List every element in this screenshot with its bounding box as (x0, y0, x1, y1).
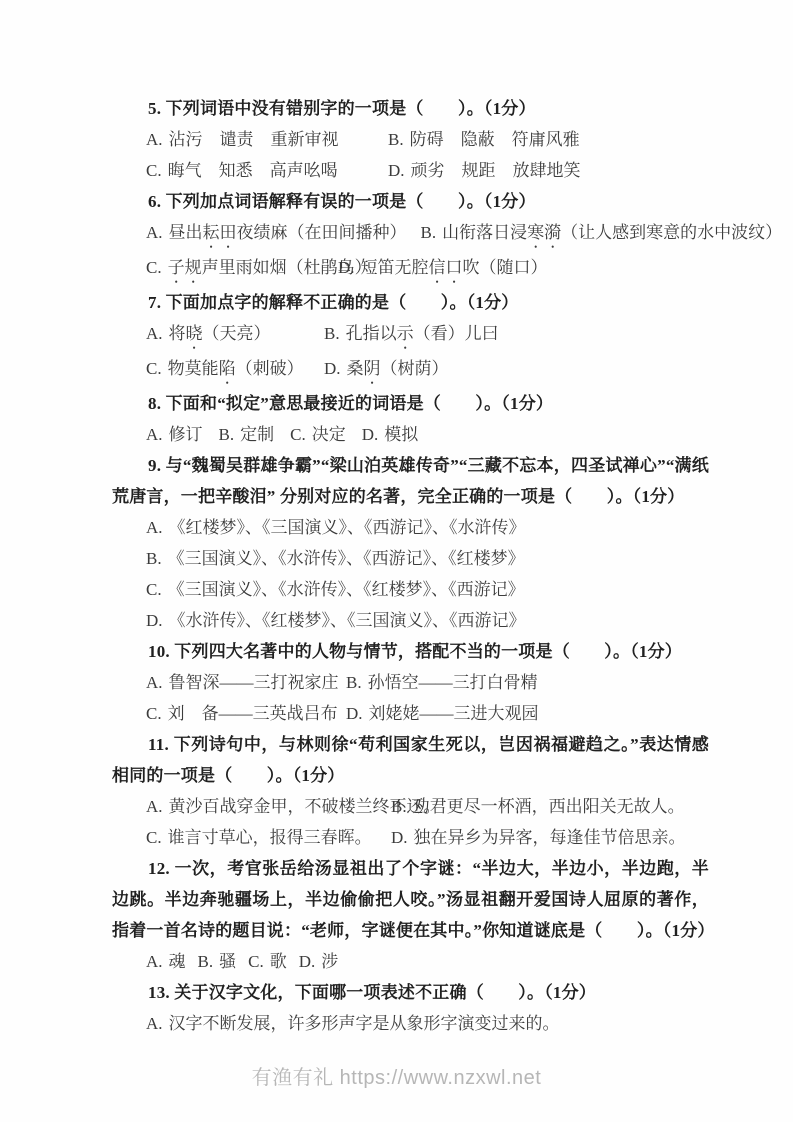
option-6-d: D.短笛无腔信口吹（随口） (338, 252, 548, 287)
option-text: 独在异乡为异客，每逢佳节倍思亲。 (414, 828, 686, 847)
option-text: 模拟 (384, 425, 418, 444)
option-label: C. (146, 580, 162, 599)
option-text: 孙悟空——三打白骨精 (368, 673, 538, 692)
question-5-row-ab: A.沾污 谴责 重新审视 B.防碍 隐蔽 符庸风雅 (146, 124, 709, 155)
option-8-a: A.修订 (146, 419, 203, 450)
option-9-c: C.《三国演义》、《水浒传》、《红楼梦》、《西游记》 (146, 574, 709, 605)
option-label: D. (388, 161, 405, 180)
option-7-d: D.桑阴（树荫） (324, 353, 449, 388)
question-12-stem: 12. 一次，考官张岳给汤显祖出了个字谜：“半边大，半边小，半边跑，半边跳。半边… (112, 853, 709, 946)
option-5-a: A.沾污 谴责 重新审视 (146, 124, 388, 155)
option-label: B. (391, 797, 407, 816)
option-text: 涉 (321, 952, 338, 971)
option-label: B. (198, 952, 214, 971)
option-10-c: C.刘 备——三英战吕布 (146, 698, 346, 729)
option-11-c: C.谁言寸草心，报得三春晖。 (146, 822, 391, 853)
question-8-stem: 8. 下面和“拟定”意思最接近的词语是（ ）。（1分） (112, 388, 709, 419)
option-11-b: B.劝君更尽一杯酒，西出阳关无故人。 (391, 791, 685, 822)
option-6-c: C.子规声里雨如烟（杜鹃鸟） (146, 252, 338, 287)
option-9-d: D.《水浒传》、《红楼梦》、《三国演义》、《西游记》 (146, 605, 709, 636)
option-label: C. (146, 828, 162, 847)
option-label: B. (346, 673, 362, 692)
option-text: 汉字不断发展，许多形声字是从象形字演变过来的。 (169, 1014, 560, 1033)
option-11-d: D.独在异乡为异客，每逢佳节倍思亲。 (391, 822, 686, 853)
question-12: 12. 一次，考官张岳给汤显祖出了个字谜：“半边大，半边小，半边跑，半边跳。半边… (112, 853, 709, 977)
option-text: 歌 (270, 952, 287, 971)
option-7-b: B.孔指以示（看）儿曰 (324, 318, 499, 353)
option-5-c: C.晦气 知悉 高声吆喝 (146, 155, 388, 186)
question-12-row: A.魂 B.骚 C.歌 D.涉 (146, 946, 709, 977)
option-text: 鲁智深——三打祝家庄 (169, 673, 339, 692)
option-text: 刘姥姥——三进大观园 (369, 704, 539, 723)
question-6-row-ab: A.昼出耘田夜绩麻（在田间播种） B.山衔落日浸寒漪（让人感到寒意的水中波纹） (146, 217, 709, 252)
question-7: 7. 下面加点字的解释不正确的是（ ）。（1分） A.将晓（天亮） B.孔指以示… (112, 287, 709, 388)
option-13-a: A.汉字不断发展，许多形声字是从象形字演变过来的。 (146, 1008, 709, 1039)
option-label: A. (146, 673, 163, 692)
option-text: 骚 (219, 952, 236, 971)
question-13-stem: 13. 关于汉字文化，下面哪一项表述不正确（ ）。（1分） (112, 977, 709, 1008)
option-text: 修订 (169, 425, 203, 444)
question-10-row-ab: A.鲁智深——三打祝家庄 B.孙悟空——三打白骨精 (146, 667, 709, 698)
question-5-stem: 5. 下列词语中没有错别字的一项是（ ）。（1分） (112, 93, 709, 124)
option-label: A. (146, 425, 163, 444)
option-label: D. (391, 828, 408, 847)
option-text: 魂 (169, 952, 186, 971)
option-label: A. (146, 952, 163, 971)
option-label: C. (146, 258, 162, 277)
option-label: D. (338, 258, 355, 277)
option-8-c: C.决定 (290, 419, 346, 450)
option-text: 刘 备——三英战吕布 (168, 704, 338, 723)
option-text: 决定 (312, 425, 346, 444)
question-5-row-cd: C.晦气 知悉 高声吆喝 D.顽劣 规距 放肆地笑 (146, 155, 709, 186)
option-text: 谁言寸草心，报得三春晖。 (168, 828, 372, 847)
footer-watermark-text: 有渔有礼 https://www.nzxwl.net (252, 1067, 542, 1089)
option-label: D. (299, 952, 316, 971)
option-10-a: A.鲁智深——三打祝家庄 (146, 667, 346, 698)
option-text: 沾污 谴责 重新审视 (169, 130, 339, 149)
option-text: 《红楼梦》、《三国演义》、《西游记》、《水浒传》 (169, 518, 526, 537)
option-text: 物莫能陷（刺破） (168, 359, 304, 378)
option-label: B. (324, 324, 340, 343)
question-9: 9. 与“魏蜀吴群雄争霸”“梁山泊英雄传奇”“三藏不忘本，四圣试禅心”“满纸荒唐… (112, 450, 709, 636)
option-label: A. (146, 223, 163, 242)
option-text: 劝君更尽一杯酒，西出阳关无故人。 (413, 797, 685, 816)
question-10: 10. 下列四大名著中的人物与情节，搭配不当的一项是（ ）。（1分） A.鲁智深… (112, 636, 709, 729)
option-9-b: B.《三国演义》、《水浒传》、《西游记》、《红楼梦》 (146, 543, 709, 574)
question-8-row: A.修订 B.定制 C.决定 D.模拟 (146, 419, 709, 450)
option-label: A. (146, 1014, 163, 1033)
option-9-a: A.《红楼梦》、《三国演义》、《西游记》、《水浒传》 (146, 512, 709, 543)
option-label: A. (146, 797, 163, 816)
option-5-b: B.防碍 隐蔽 符庸风雅 (388, 124, 580, 155)
option-7-c: C.物莫能陷（刺破） (146, 353, 324, 388)
option-label: D. (324, 359, 341, 378)
option-10-d: D.刘姥姥——三进大观园 (346, 698, 539, 729)
option-label: C. (146, 161, 162, 180)
option-label: C. (290, 425, 306, 444)
option-text: 桑阴（树荫） (347, 359, 449, 378)
question-11-stem: 11. 下列诗句中，与林则徐“苟利国家生死以，岂因祸福避趋之。”表达情感相同的一… (112, 729, 709, 791)
option-5-d: D.顽劣 规距 放肆地笑 (388, 155, 581, 186)
option-text: 山衔落日浸寒漪（让人感到寒意的水中波纹） (442, 223, 782, 242)
option-6-a: A.昼出耘田夜绩麻（在田间播种） (146, 217, 407, 252)
option-label: D. (346, 704, 363, 723)
option-text: 昼出耘田夜绩麻（在田间播种） (169, 223, 407, 242)
question-5: 5. 下列词语中没有错别字的一项是（ ）。（1分） A.沾污 谴责 重新审视 B… (112, 93, 709, 186)
option-text: 短笛无腔信口吹（随口） (361, 258, 548, 277)
option-12-d: D.涉 (299, 946, 339, 977)
question-11: 11. 下列诗句中，与林则徐“苟利国家生死以，岂因祸福避趋之。”表达情感相同的一… (112, 729, 709, 853)
option-11-a: A.黄沙百战穿金甲，不破楼兰终不还。 (146, 791, 391, 822)
question-7-row-cd: C.物莫能陷（刺破） D.桑阴（树荫） (146, 353, 709, 388)
question-8: 8. 下面和“拟定”意思最接近的词语是（ ）。（1分） A.修订 B.定制 C.… (112, 388, 709, 450)
option-text: 《三国演义》、《水浒传》、《红楼梦》、《西游记》 (168, 580, 525, 599)
question-11-row-cd: C.谁言寸草心，报得三春晖。 D.独在异乡为异客，每逢佳节倍思亲。 (146, 822, 709, 853)
question-7-row-ab: A.将晓（天亮） B.孔指以示（看）儿曰 (146, 318, 709, 353)
option-10-b: B.孙悟空——三打白骨精 (346, 667, 538, 698)
option-label: A. (146, 324, 163, 343)
option-text: 防碍 隐蔽 符庸风雅 (410, 130, 580, 149)
option-label: C. (146, 704, 162, 723)
question-10-row-cd: C.刘 备——三英战吕布 D.刘姥姥——三进大观园 (146, 698, 709, 729)
option-7-a: A.将晓（天亮） (146, 318, 324, 353)
option-label: D. (146, 611, 163, 630)
footer-watermark: 有渔有礼 https://www.nzxwl.net (0, 1063, 793, 1094)
question-6-row-cd: C.子规声里雨如烟（杜鹃鸟） D.短笛无腔信口吹（随口） (146, 252, 709, 287)
option-label: A. (146, 518, 163, 537)
question-11-row-ab: A.黄沙百战穿金甲，不破楼兰终不还。 B.劝君更尽一杯酒，西出阳关无故人。 (146, 791, 709, 822)
option-label: D. (362, 425, 379, 444)
question-13: 13. 关于汉字文化，下面哪一项表述不正确（ ）。（1分） A.汉字不断发展，许… (112, 977, 709, 1039)
option-text: 晦气 知悉 高声吆喝 (168, 161, 338, 180)
option-label: C. (248, 952, 264, 971)
question-6: 6. 下列加点词语解释有误的一项是（ ）。（1分） A.昼出耘田夜绩麻（在田间播… (112, 186, 709, 287)
option-8-d: D.模拟 (362, 419, 419, 450)
question-7-stem: 7. 下面加点字的解释不正确的是（ ）。（1分） (112, 287, 709, 318)
option-label: C. (146, 359, 162, 378)
option-label: B. (219, 425, 235, 444)
option-text: 将晓（天亮） (169, 324, 271, 343)
option-text: 定制 (240, 425, 274, 444)
option-12-a: A.魂 (146, 946, 186, 977)
option-text: 顽劣 规距 放肆地笑 (411, 161, 581, 180)
option-8-b: B.定制 (219, 419, 275, 450)
option-12-b: B.骚 (198, 946, 237, 977)
option-text: 《三国演义》、《水浒传》、《西游记》、《红楼梦》 (168, 549, 525, 568)
exam-page: 5. 下列词语中没有错别字的一项是（ ）。（1分） A.沾污 谴责 重新审视 B… (0, 0, 793, 1122)
option-label: A. (146, 130, 163, 149)
option-text: 《水浒传》、《红楼梦》、《三国演义》、《西游记》 (169, 611, 526, 630)
option-text: 孔指以示（看）儿曰 (346, 324, 499, 343)
exam-content: 5. 下列词语中没有错别字的一项是（ ）。（1分） A.沾污 谴责 重新审视 B… (112, 93, 709, 1039)
option-label: B. (146, 549, 162, 568)
question-10-stem: 10. 下列四大名著中的人物与情节，搭配不当的一项是（ ）。（1分） (112, 636, 709, 667)
option-12-c: C.歌 (248, 946, 287, 977)
option-label: B. (388, 130, 404, 149)
question-6-stem: 6. 下列加点词语解释有误的一项是（ ）。（1分） (112, 186, 709, 217)
option-label: B. (421, 223, 437, 242)
question-9-stem: 9. 与“魏蜀吴群雄争霸”“梁山泊英雄传奇”“三藏不忘本，四圣试禅心”“满纸荒唐… (112, 450, 709, 512)
option-6-b: B.山衔落日浸寒漪（让人感到寒意的水中波纹） (421, 217, 783, 252)
